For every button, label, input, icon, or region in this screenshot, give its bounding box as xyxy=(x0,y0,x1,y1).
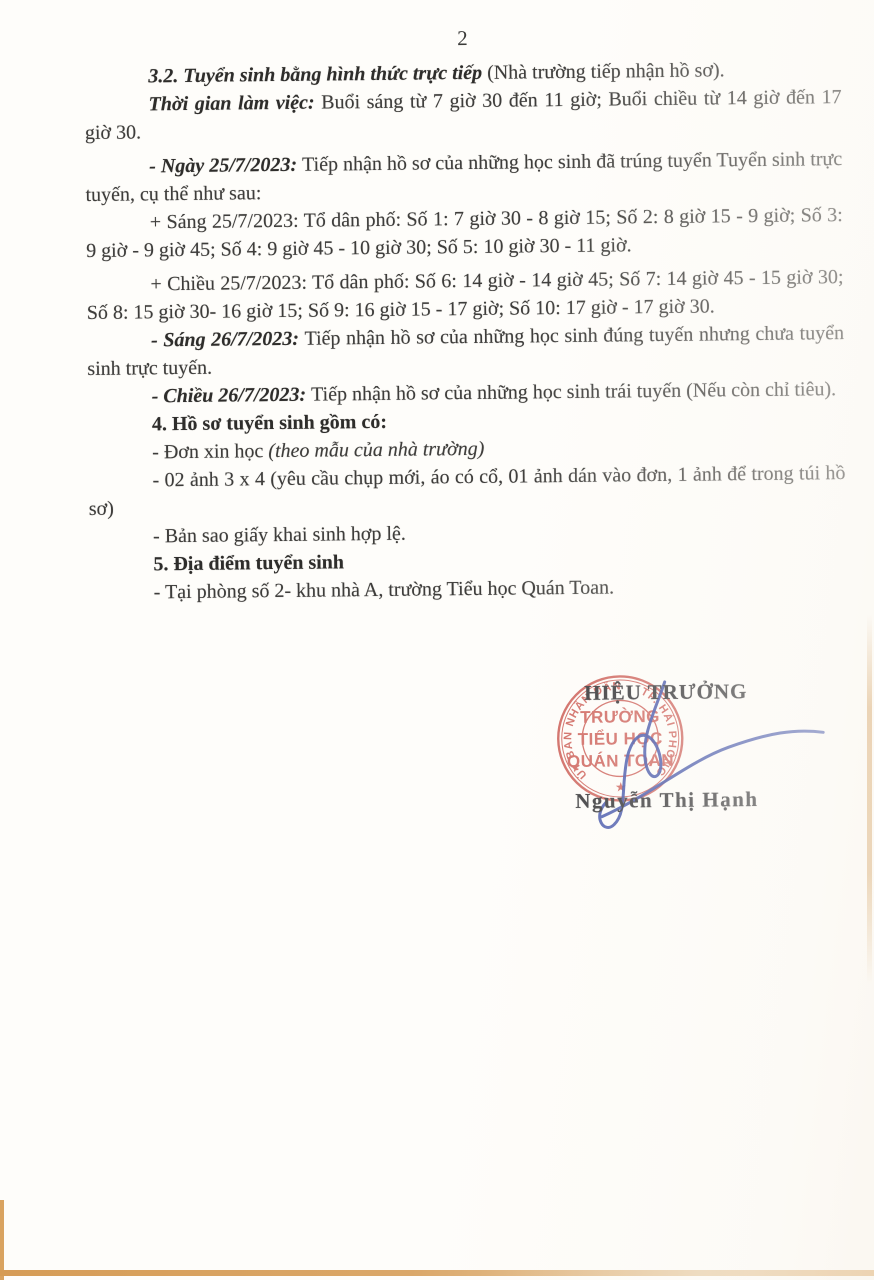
paragraph-day-25-7: - Ngày 25/7/2023: Tiếp nhận hồ sơ của nh… xyxy=(85,145,843,209)
paragraph-lead: - Đơn xin học xyxy=(152,440,268,463)
heading-text: 4. Hồ sơ tuyển sinh gồm có: xyxy=(152,411,387,435)
paragraph-text: - Tại phòng số 2- khu nhà A, trường Tiểu… xyxy=(154,577,615,604)
paragraph-afternoon-25-7: + Chiều 25/7/2023: Tổ dân phố: Số 6: 14 … xyxy=(86,263,844,327)
scan-edge-bottom xyxy=(0,1270,874,1276)
paragraph-text: + Chiều 25/7/2023: Tổ dân phố: Số 6: 14 … xyxy=(87,266,844,324)
paragraph-text: + Sáng 25/7/2023: Tổ dân phố: Số 1: 7 gi… xyxy=(86,204,843,262)
paragraph-text: - Bản sao giấy khai sinh hợp lệ. xyxy=(153,523,406,548)
page-number: 2 xyxy=(84,22,841,54)
paragraph-text: (Nhà trường tiếp nhận hồ sơ). xyxy=(487,59,725,83)
paragraph-lead: - Ngày 25/7/2023: xyxy=(149,154,302,178)
stamp-school-line1: TRƯỜNG xyxy=(580,707,660,727)
paragraph-working-hours: Thời gian làm việc: Buổi sáng từ 7 giờ 3… xyxy=(84,83,842,147)
document-body: 2 3.2. Tuyển sinh bằng hình thức trực ti… xyxy=(84,22,847,607)
paragraph-text: (theo mẫu của nhà trường) xyxy=(268,438,484,462)
paragraph-text: Tiếp nhận hồ sơ của những học sinh trái … xyxy=(311,378,836,405)
signer-title: HIỆU TRƯỞNG xyxy=(561,679,771,706)
paragraph-morning-26-7: - Sáng 26/7/2023: Tiếp nhận hồ sơ của nh… xyxy=(87,319,845,383)
heading-text: 5. Địa điểm tuyển sinh xyxy=(153,551,344,575)
paragraph-lead: Thời gian làm việc: xyxy=(148,92,321,116)
paragraph-lead: - Sáng 26/7/2023: xyxy=(151,328,305,352)
paragraph-lead: - Chiều 26/7/2023: xyxy=(152,384,312,408)
paragraph-morning-25-7: + Sáng 25/7/2023: Tổ dân phố: Số 1: 7 gi… xyxy=(86,201,844,265)
paragraph-lead: 3.2. Tuyển sinh bằng hình thức trực tiếp xyxy=(148,62,487,88)
signer-name: Nguyễn Thị Hạnh xyxy=(547,787,787,815)
scan-edge-left xyxy=(0,1200,4,1280)
paragraph-text: - 02 ảnh 3 x 4 (yêu cầu chụp mới, áo có … xyxy=(89,462,846,520)
scan-edge-right xyxy=(867,615,872,985)
paragraph-photos: - 02 ảnh 3 x 4 (yêu cầu chụp mới, áo có … xyxy=(88,459,846,523)
scanned-document-page: { "page": { "number": "2" }, "document":… xyxy=(0,0,874,1280)
